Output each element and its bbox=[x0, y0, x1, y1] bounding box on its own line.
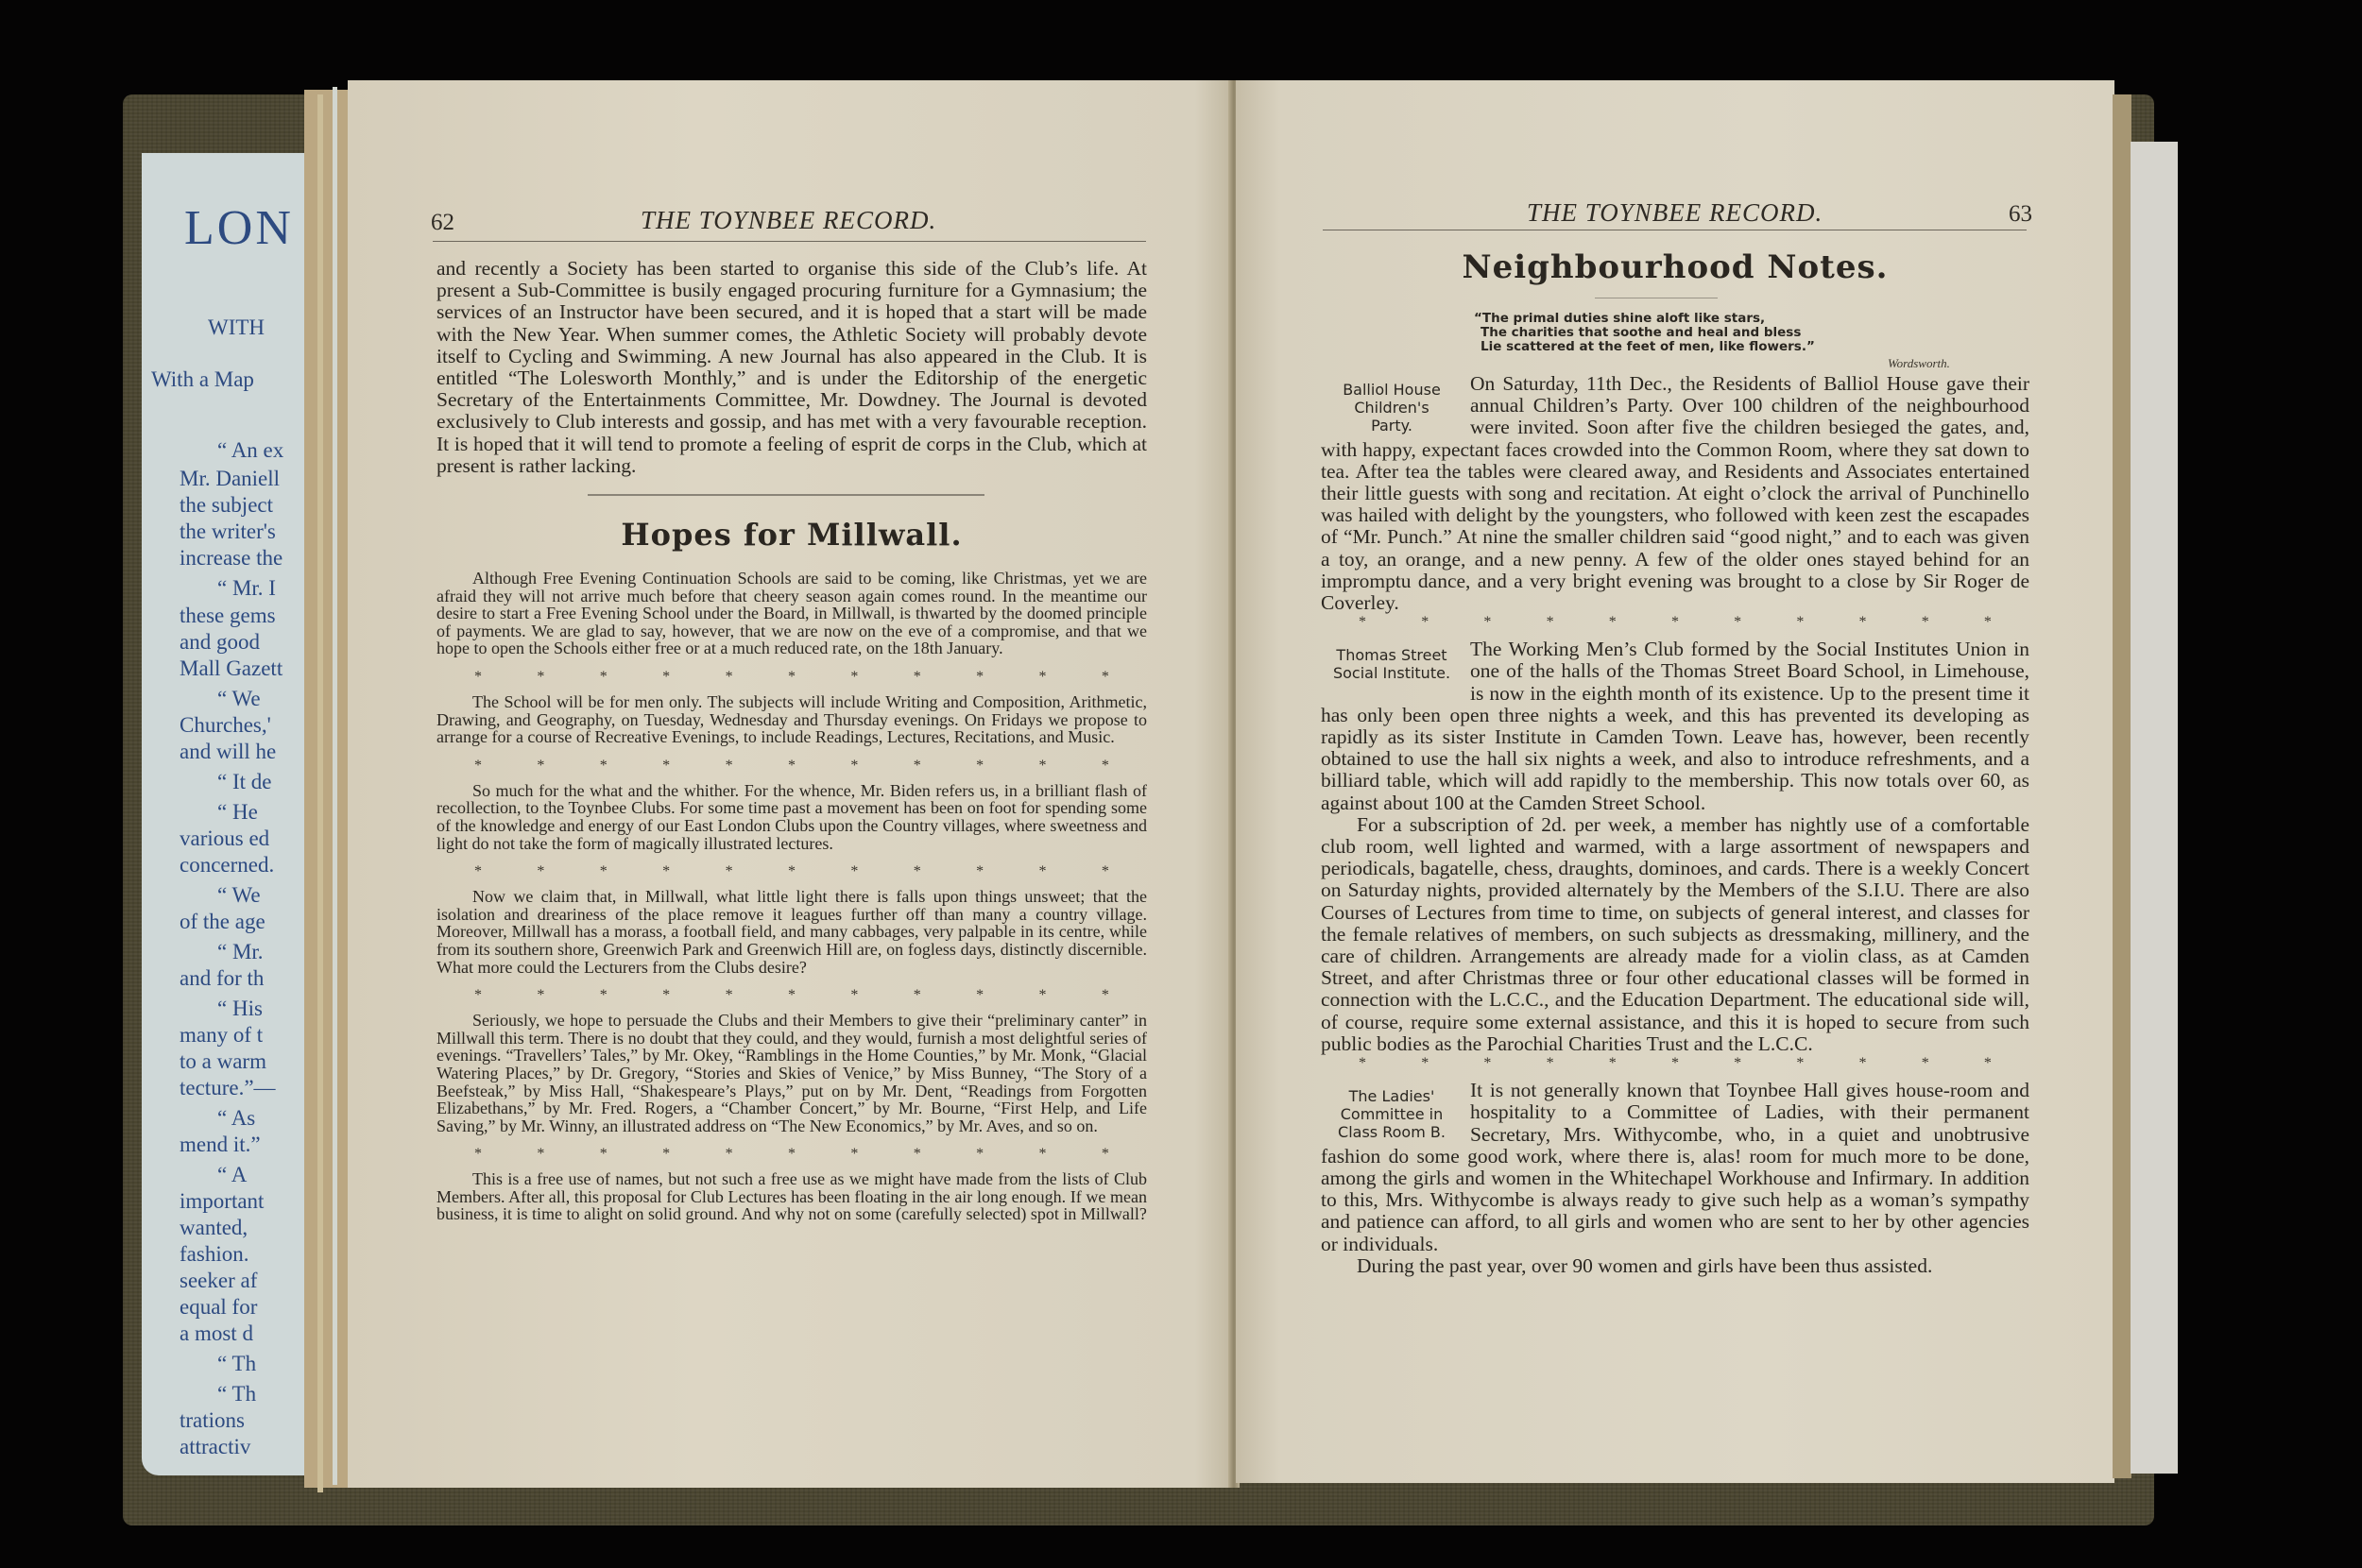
article-paragraph: This is a free use of names, but not suc… bbox=[436, 1170, 1147, 1223]
blue-page-line: “ We bbox=[217, 881, 261, 909]
blue-page-line: “ His bbox=[217, 995, 263, 1022]
article-body: Although Free Evening Continuation Schoo… bbox=[436, 570, 1147, 1223]
right-column: Balliol HouseChildren'sParty.On Saturday… bbox=[1321, 373, 2029, 1277]
header-rule bbox=[1323, 230, 2027, 230]
blue-page-line: equal for bbox=[180, 1293, 257, 1321]
epigraph: “The primal duties shine aloft like star… bbox=[1474, 312, 1815, 354]
section-rule bbox=[588, 494, 984, 496]
article-paragraph: Now we claim that, in Millwall, what lit… bbox=[436, 888, 1147, 976]
blue-page-line: “ As bbox=[217, 1104, 255, 1132]
notes-paragraph: For a subscription of 2d. per week, a me… bbox=[1321, 814, 2029, 1055]
article-paragraph: The School will be for men only. The sub… bbox=[436, 693, 1147, 746]
blue-page-line: With a Map bbox=[151, 366, 254, 393]
sidenote-line: Thomas Street bbox=[1321, 646, 1463, 664]
blue-page-line: “ He bbox=[217, 798, 258, 826]
epigraph-attribution: Wordsworth. bbox=[1888, 356, 1950, 371]
separator-stars: *********** bbox=[1321, 614, 2029, 631]
blue-page-line: tecture.”— bbox=[180, 1074, 276, 1101]
article-title: Neighbourhood Notes. bbox=[1236, 248, 2114, 286]
blue-page-line: “ Mr. I bbox=[217, 574, 276, 602]
sidenote-line: Class Room B. bbox=[1321, 1123, 1463, 1141]
blue-page-line: and for th bbox=[180, 964, 264, 992]
page-stack-edge-left bbox=[304, 90, 350, 1488]
sidenote-line: Party. bbox=[1321, 417, 1463, 435]
separator-stars: *********** bbox=[436, 863, 1147, 880]
blue-page-line: increase the bbox=[180, 544, 282, 571]
article-paragraph: So much for the what and the whither. Fo… bbox=[436, 782, 1147, 852]
separator-stars: *********** bbox=[436, 1146, 1147, 1163]
blue-page-line: “ We bbox=[217, 685, 261, 712]
right-page: THE TOYNBEE RECORD. 63 Neighbourhood Not… bbox=[1236, 80, 2114, 1483]
blue-page-line: to a warm bbox=[180, 1048, 266, 1075]
blue-page-line: “ Th bbox=[217, 1350, 256, 1377]
intro-paragraph: and recently a Society has been started … bbox=[436, 258, 1147, 477]
blue-page-line: of the age bbox=[180, 908, 265, 935]
running-head: THE TOYNBEE RECORD. bbox=[1527, 198, 1823, 228]
blue-page-line: Mall Gazett bbox=[180, 655, 282, 682]
sidenote-line: The Ladies' bbox=[1321, 1087, 1463, 1105]
blue-page-line: concerned. bbox=[180, 851, 274, 878]
page-stack-edge-right bbox=[2113, 94, 2131, 1478]
notes-paragraph: During the past year, over 90 women and … bbox=[1321, 1255, 2029, 1277]
torn-flyleaf bbox=[2131, 142, 2178, 1474]
notes-section: Thomas StreetSocial Institute.The Workin… bbox=[1321, 639, 2029, 1055]
epigraph-line: “The primal duties shine aloft like star… bbox=[1474, 312, 1815, 326]
blue-page-line: and will he bbox=[180, 738, 276, 765]
blue-page-line: “ It de bbox=[217, 768, 271, 795]
blue-page-line: “ An ex bbox=[217, 436, 283, 464]
blue-page-line: WITH bbox=[208, 314, 265, 341]
epigraph-line: The charities that soothe and heal and b… bbox=[1474, 326, 1815, 340]
blue-page-line: “ A bbox=[217, 1161, 247, 1188]
blue-page-line: trations bbox=[180, 1406, 245, 1434]
blue-page-line: the writer's bbox=[180, 518, 276, 545]
blue-page-line: these gems bbox=[180, 602, 276, 629]
separator-stars: *********** bbox=[436, 987, 1147, 1004]
blue-page-line: Mr. Daniell bbox=[180, 465, 280, 492]
blue-page-line: and good bbox=[180, 628, 260, 656]
page-number: 63 bbox=[2009, 201, 2032, 228]
left-column: and recently a Society has been started … bbox=[436, 258, 1147, 1223]
blue-page-line: “ Mr. bbox=[217, 938, 264, 965]
title-rule bbox=[1595, 298, 1718, 298]
sidenote-line: Children's bbox=[1321, 399, 1463, 417]
page-stack-line bbox=[333, 87, 337, 1485]
blue-page-line: wanted, bbox=[180, 1214, 248, 1241]
header-rule bbox=[433, 241, 1146, 242]
blue-page-line: fashion. bbox=[180, 1240, 248, 1268]
article-paragraph: Seriously, we hope to persuade the Clubs… bbox=[436, 1012, 1147, 1134]
blue-page-line: Churches,' bbox=[180, 711, 271, 739]
blue-page-line: many of t bbox=[180, 1021, 263, 1048]
sidenote-line: Committee in bbox=[1321, 1105, 1463, 1123]
blue-page-line: the subject bbox=[180, 491, 273, 519]
article-paragraph: Although Free Evening Continuation Schoo… bbox=[436, 570, 1147, 657]
running-head: THE TOYNBEE RECORD. bbox=[641, 206, 936, 235]
section-sidenote: Balliol HouseChildren'sParty. bbox=[1321, 381, 1463, 435]
blue-page-line: mend it.” bbox=[180, 1131, 261, 1158]
notes-section: The Ladies'Committee inClass Room B.It i… bbox=[1321, 1080, 2029, 1277]
blue-page-title: LON bbox=[184, 200, 294, 256]
sidenote-line: Social Institute. bbox=[1321, 664, 1463, 682]
page-stack-line bbox=[317, 94, 323, 1492]
sidenote-line: Balliol House bbox=[1321, 381, 1463, 399]
separator-stars: *********** bbox=[436, 758, 1147, 775]
blue-page-line: “ Th bbox=[217, 1380, 256, 1407]
blue-page-line: various ed bbox=[180, 825, 269, 852]
blue-page-line: attractiv bbox=[180, 1433, 250, 1460]
left-page: 62 THE TOYNBEE RECORD. and recently a So… bbox=[348, 80, 1230, 1488]
epigraph-line: Lie scattered at the feet of men, like f… bbox=[1474, 340, 1815, 354]
separator-stars: *********** bbox=[436, 669, 1147, 686]
page-number: 62 bbox=[431, 210, 454, 236]
blue-page-line: a most d bbox=[180, 1320, 253, 1347]
notes-section: Balliol HouseChildren'sParty.On Saturday… bbox=[1321, 373, 2029, 614]
blue-page-line: seeker af bbox=[180, 1267, 257, 1294]
blue-page-line: important bbox=[180, 1187, 264, 1215]
section-sidenote: The Ladies'Committee inClass Room B. bbox=[1321, 1087, 1463, 1141]
separator-stars: *********** bbox=[1321, 1055, 2029, 1072]
section-sidenote: Thomas StreetSocial Institute. bbox=[1321, 646, 1463, 682]
article-title: Hopes for Millwall. bbox=[436, 517, 1147, 553]
